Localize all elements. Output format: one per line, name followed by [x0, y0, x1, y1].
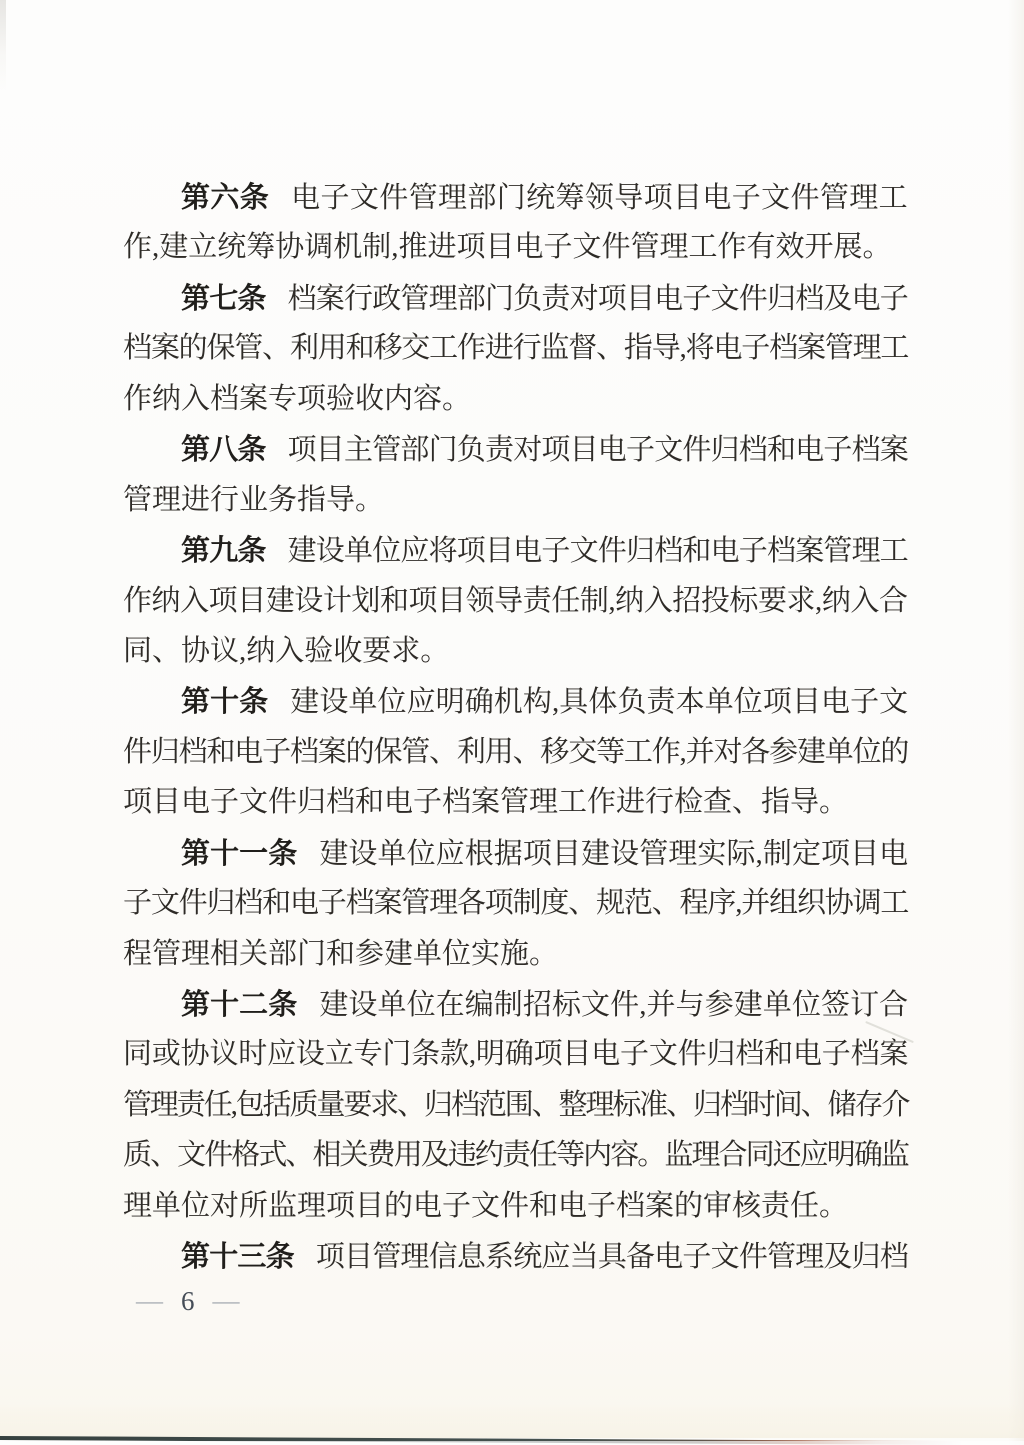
article-number-label: 第十二条	[181, 987, 319, 1021]
footer-page-number: 6	[181, 1284, 195, 1318]
body-line: 质、文件格式、相关费用及违约责任等内容。监理合同还应明确监	[123, 1130, 908, 1180]
article-line: 第十条建设单位应明确机构,具体负责本单位项目电子文	[123, 676, 908, 726]
article-number-label: 第九条	[181, 533, 288, 567]
line-text: 理单位对所监理项目的电子文件和电子档案的审核责任。	[123, 1190, 848, 1222]
footer-dash-left: —	[136, 1287, 163, 1316]
line-text: 档案行政管理部门负责对项目电子文件归档及电子	[288, 283, 908, 315]
line-text: 管理进行业务指导。	[123, 484, 384, 516]
article-line: 第十一条建设单位应根据项目建设管理实际,制定项目电	[123, 828, 908, 878]
line-text: 件归档和电子档案的保管、利用、移交等工作,并对各参建单位的	[123, 736, 908, 768]
line-text: 电子文件管理部门统筹领导项目电子文件管理工	[291, 182, 908, 214]
line-text: 项目电子文件归档和电子档案管理工作进行检查、指导。	[123, 786, 848, 818]
line-text: 作纳入档案专项验收内容。	[123, 383, 471, 415]
body-line: 理单位对所监理项目的电子文件和电子档案的审核责任。	[123, 1181, 908, 1231]
body-line: 管理进行业务指导。	[123, 475, 908, 525]
body-line: 项目电子文件归档和电子档案管理工作进行检查、指导。	[123, 777, 908, 827]
scan-right-edge-shade	[1008, 0, 1024, 1445]
article-line: 第六条电子文件管理部门统筹领导项目电子文件管理工	[123, 172, 908, 222]
line-text: 建设单位应明确机构,具体负责本单位项目电子文	[290, 686, 908, 718]
article-line: 第十三条项目管理信息系统应当具备电子文件管理及归档	[123, 1231, 908, 1281]
line-text: 质、文件格式、相关费用及违约责任等内容。监理合同还应明确监	[123, 1139, 908, 1171]
body-line: 件归档和电子档案的保管、利用、移交等工作,并对各参建单位的	[123, 727, 908, 777]
article-number-label: 第十一条	[181, 836, 319, 870]
body-line: 程管理相关部门和参建单位实施。	[123, 929, 908, 979]
scanned-document-page: 第六条电子文件管理部门统筹领导项目电子文件管理工作,建立统筹协调机制,推进项目电…	[0, 0, 1024, 1445]
body-line: 管理责任,包括质量要求、归档范围、整理标准、归档时间、储存介	[123, 1080, 908, 1130]
scan-bottom-shade	[0, 1404, 1024, 1438]
article-number-label: 第七条	[181, 281, 288, 315]
body-line: 同或协议时应设立专门条款,明确项目电子文件归档和电子档案	[123, 1029, 908, 1079]
line-text: 作,建立统筹协调机制,推进项目电子文件管理工作有效开展。	[123, 231, 892, 263]
article-line: 第七条档案行政管理部门负责对项目电子文件归档及电子	[123, 273, 908, 323]
body-line: 作纳入项目建设计划和项目领导责任制,纳入招投标要求,纳入合	[123, 576, 908, 626]
line-text: 档案的保管、利用和移交工作进行监督、指导,将电子档案管理工	[123, 332, 908, 364]
article-line: 第十二条建设单位在编制招标文件,并与参建单位签订合	[123, 979, 908, 1029]
body-line: 同、协议,纳入验收要求。	[123, 626, 908, 676]
footer-dash-right: —	[213, 1287, 240, 1316]
article-number-label: 第十三条	[181, 1239, 316, 1273]
line-text: 项目主管部门负责对项目电子文件归档和电子档案	[288, 434, 908, 466]
line-text: 项目管理信息系统应当具备电子文件管理及归档	[316, 1241, 908, 1273]
body-line: 作纳入档案专项验收内容。	[123, 374, 908, 424]
body-line: 档案的保管、利用和移交工作进行监督、指导,将电子档案管理工	[123, 323, 908, 373]
line-text: 建设单位在编制招标文件,并与参建单位签订合	[319, 989, 908, 1021]
article-number-label: 第六条	[181, 180, 291, 214]
page-footer: — 6 —	[136, 1284, 240, 1318]
document-body: 第六条电子文件管理部门统筹领导项目电子文件管理工作,建立统筹协调机制,推进项目电…	[123, 172, 908, 1282]
article-number-label: 第八条	[181, 432, 288, 466]
scan-below-edge-strip	[0, 1441, 1024, 1445]
body-line: 作,建立统筹协调机制,推进项目电子文件管理工作有效开展。	[123, 222, 908, 272]
body-line: 子文件归档和电子档案管理各项制度、规范、程序,并组织协调工	[123, 878, 908, 928]
line-text: 管理责任,包括质量要求、归档范围、整理标准、归档时间、储存介	[123, 1089, 908, 1121]
article-number-label: 第十条	[181, 684, 290, 718]
line-text: 建设单位应将项目电子文件归档和电子档案管理工	[288, 535, 908, 567]
article-line: 第八条项目主管部门负责对项目电子文件归档和电子档案	[123, 424, 908, 474]
scan-left-edge-shade	[0, 0, 6, 90]
article-line: 第九条建设单位应将项目电子文件归档和电子档案管理工	[123, 525, 908, 575]
line-text: 同或协议时应设立专门条款,明确项目电子文件归档和电子档案	[123, 1038, 908, 1070]
line-text: 作纳入项目建设计划和项目领导责任制,纳入招投标要求,纳入合	[123, 585, 908, 617]
line-text: 建设单位应根据项目建设管理实际,制定项目电	[319, 838, 908, 870]
line-text: 子文件归档和电子档案管理各项制度、规范、程序,并组织协调工	[123, 887, 908, 919]
line-text: 同、协议,纳入验收要求。	[123, 635, 449, 667]
line-text: 程管理相关部门和参建单位实施。	[123, 938, 558, 970]
